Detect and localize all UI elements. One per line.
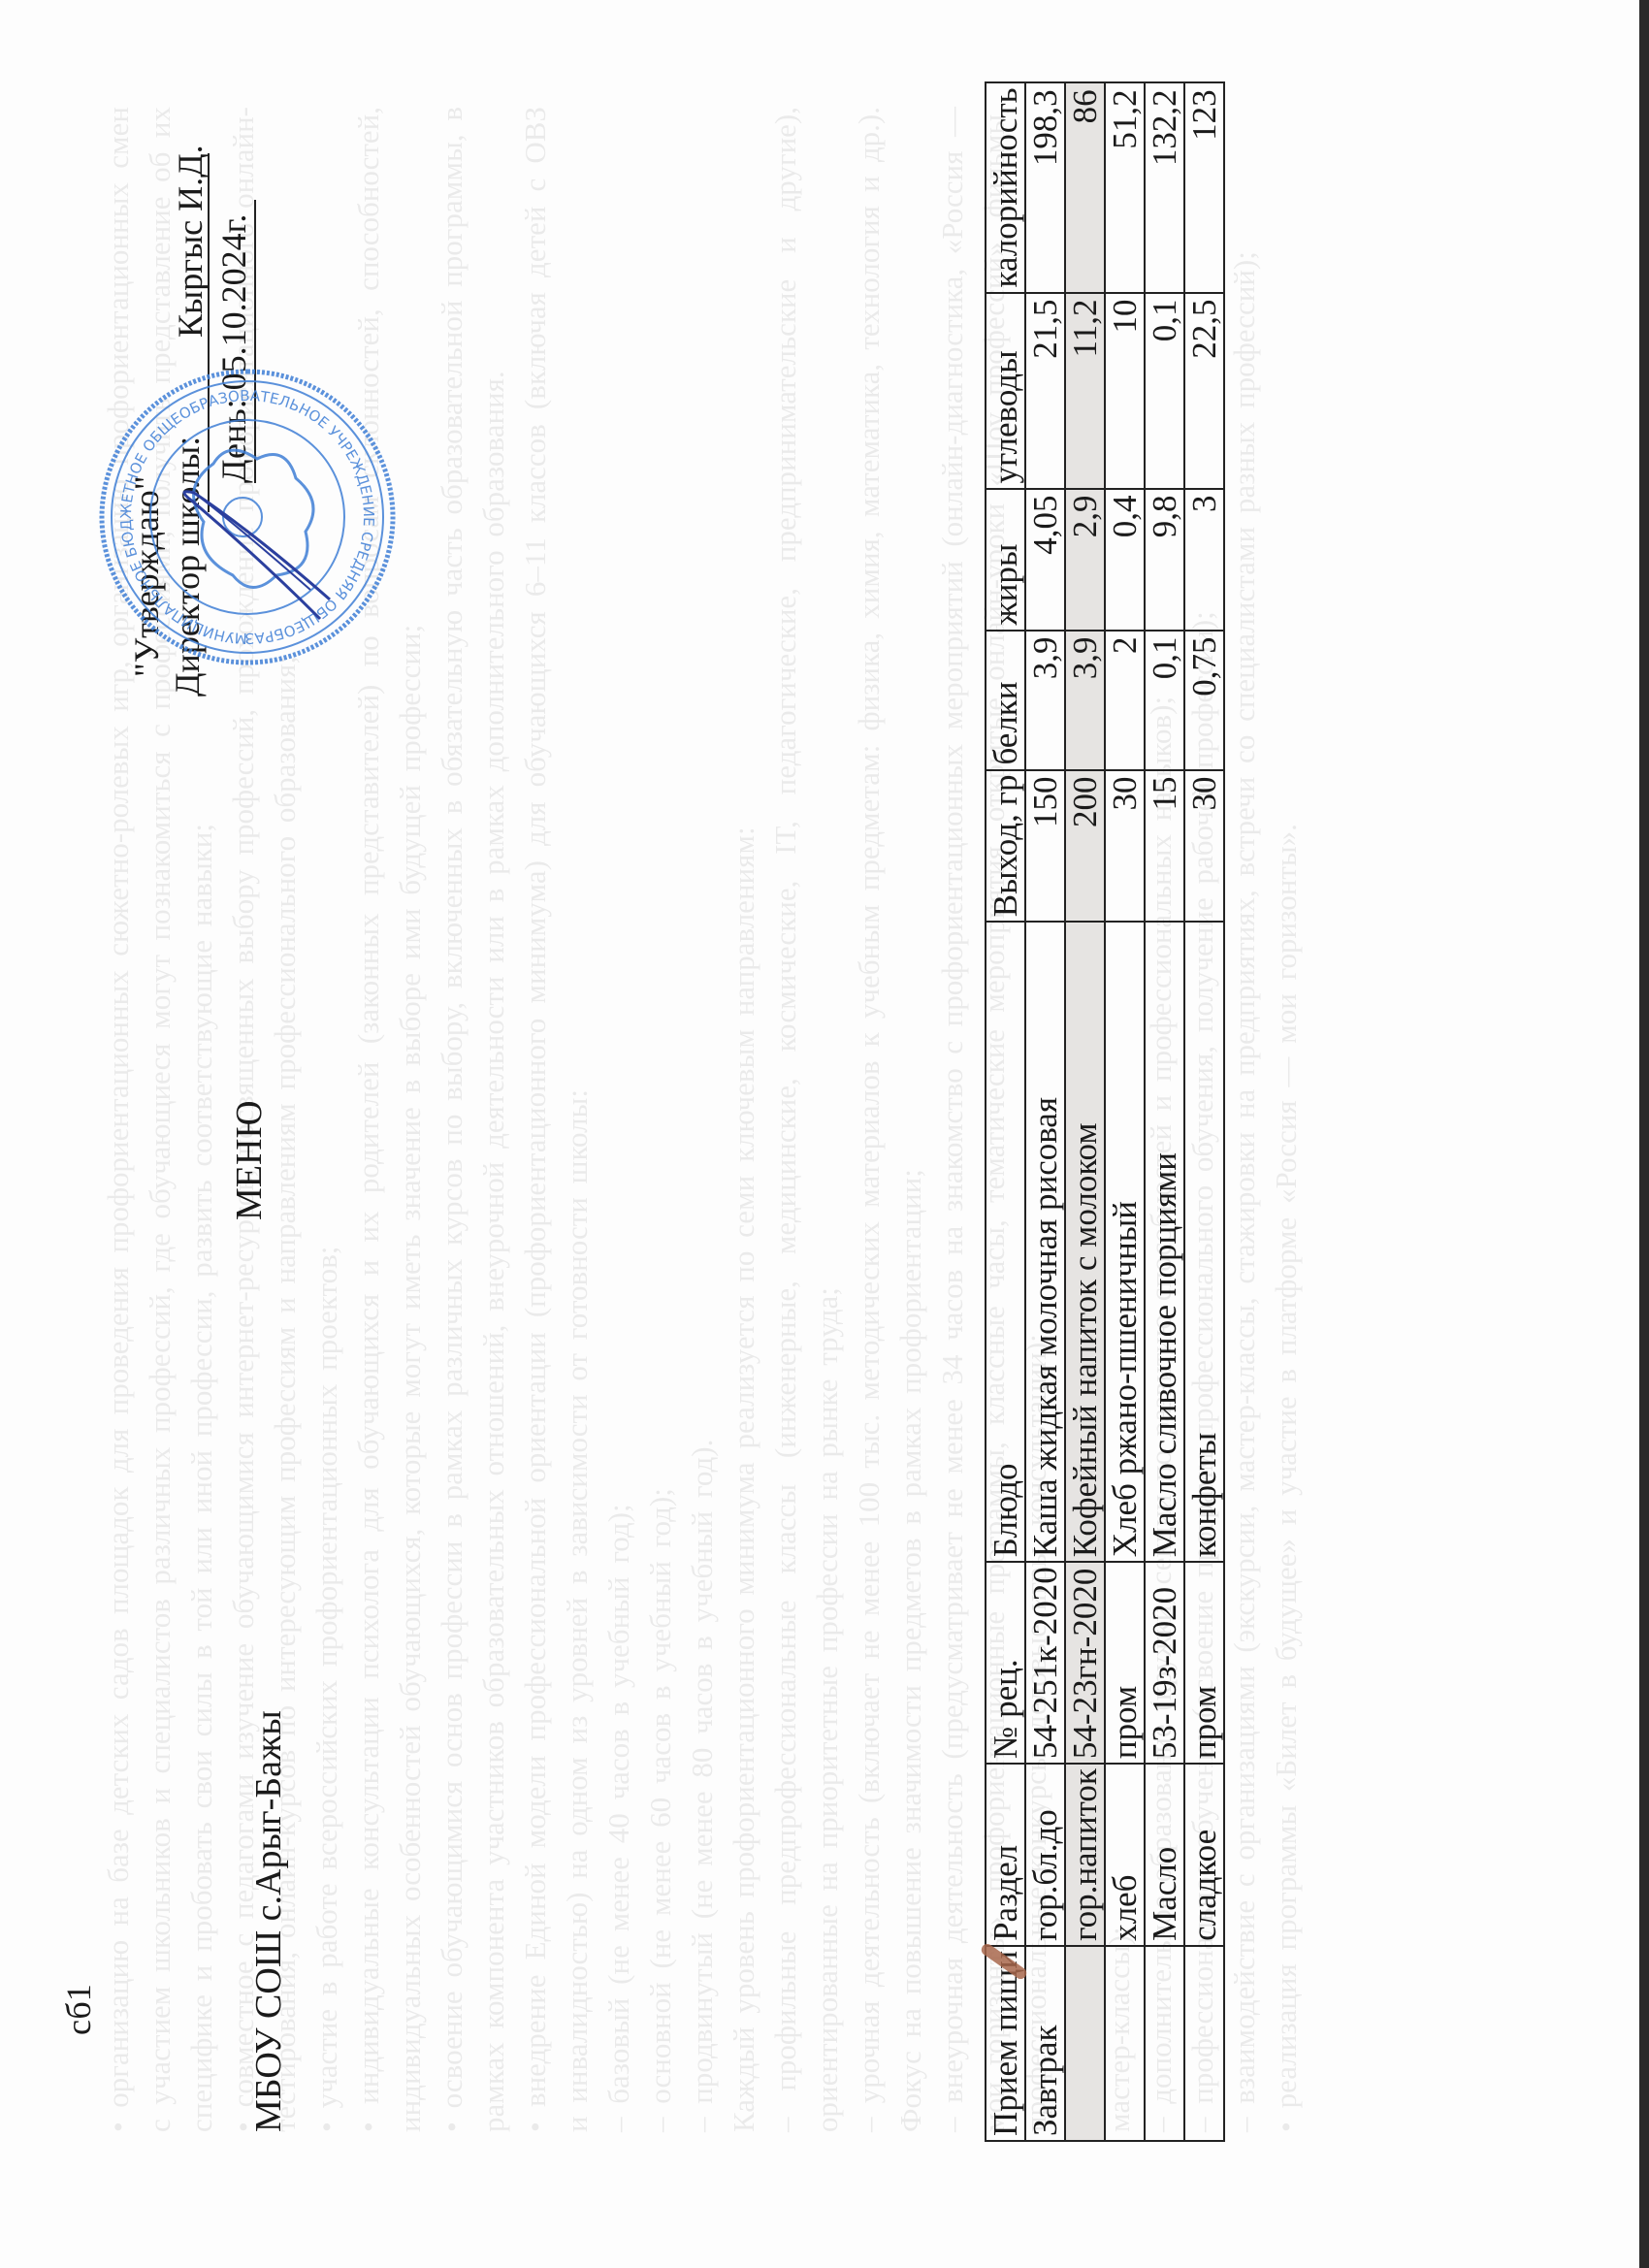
column-header-proteins: белки: [986, 631, 1025, 770]
cell-proteins: 0,1: [1145, 631, 1184, 770]
cell-recipe: пром: [1105, 1562, 1145, 1764]
cell-dish: конфеты: [1184, 922, 1224, 1562]
cell-fats: 2,9: [1065, 489, 1105, 631]
table-row: хлеб пром Хлеб ржано-пшеничный 30 2 0,4 …: [1105, 82, 1145, 2141]
cell-meal: [1065, 1946, 1105, 2141]
scanned-page: • организацию на базе детских садов площ…: [0, 0, 1649, 2268]
cell-dish: Кофейный напиток с молоком: [1065, 922, 1105, 1562]
cell-carbs: 22,5: [1184, 293, 1224, 489]
table-header-row: Прием пищи Раздел № рец. Блюдо Выход, гр…: [986, 82, 1025, 2141]
column-header-calories: калорийность: [986, 82, 1025, 292]
column-header-section: Раздел: [986, 1764, 1025, 1946]
cell-calories: 86: [1065, 82, 1105, 292]
scan-edge: [1639, 0, 1649, 2268]
cell-yield: 200: [1065, 770, 1105, 923]
cell-recipe: 53-19з-2020: [1145, 1562, 1184, 1764]
cell-proteins: 3,9: [1065, 631, 1105, 770]
column-header-fats: жиры: [986, 489, 1025, 631]
column-header-recipe: № рец.: [986, 1562, 1025, 1764]
cell-calories: 198,3: [1025, 82, 1065, 292]
cell-section: гор.бл.до: [1025, 1764, 1065, 1946]
cell-fats: 0,4: [1105, 489, 1145, 631]
official-round-seal-icon: МУНИЦИПАЛЬНОЕ БЮДЖЕТНОЕ ОБЩЕОБРАЗОВАТЕЛЬ…: [87, 357, 407, 677]
cell-calories: 51,2: [1105, 82, 1145, 292]
cell-proteins: 3,9: [1025, 631, 1065, 770]
cell-section: Масло: [1145, 1764, 1184, 1946]
cell-fats: 4,05: [1025, 489, 1065, 631]
cell-yield: 150: [1025, 770, 1065, 923]
cell-carbs: 0,1: [1145, 293, 1184, 489]
cell-section: хлеб: [1105, 1764, 1145, 1946]
table-row: Масло 53-19з-2020 Масло сливочное порция…: [1145, 82, 1184, 2141]
cell-yield: 30: [1105, 770, 1145, 923]
menu-table: Прием пищи Раздел № рец. Блюдо Выход, гр…: [985, 81, 1225, 2142]
cell-proteins: 2: [1105, 631, 1145, 770]
cell-calories: 123: [1184, 82, 1224, 292]
school-name: МБОУ СОШ с.Арыг-Бажы: [247, 1710, 290, 2132]
column-header-dish: Блюдо: [986, 922, 1025, 1562]
cell-calories: 132,2: [1145, 82, 1184, 292]
cell-recipe: пром: [1184, 1562, 1224, 1764]
cell-carbs: 21,5: [1025, 293, 1065, 489]
cell-meal: [1184, 1946, 1224, 2141]
column-header-carbs: углеводы: [986, 293, 1025, 489]
cell-dish: Каша жидкая молочная рисовая: [1025, 922, 1065, 1562]
document-title: МЕНЮ: [228, 1101, 271, 1221]
cell-meal: [1105, 1946, 1145, 2141]
director-name: Кыргыс И.Д.: [170, 145, 210, 338]
cell-carbs: 10: [1105, 293, 1145, 489]
cell-yield: 30: [1184, 770, 1224, 923]
cell-proteins: 0,75: [1184, 631, 1224, 770]
cell-yield: 15: [1145, 770, 1184, 923]
cell-fats: 9,8: [1145, 489, 1184, 631]
table-row: сладкое пром конфеты 30 0,75 3 22,5 123: [1184, 82, 1224, 2141]
table-row: гор.напиток 54-23гн-2020 Кофейный напито…: [1065, 82, 1105, 2141]
cell-recipe: 54-23гн-2020: [1065, 1562, 1105, 1764]
document-code: сб1: [58, 1984, 99, 2035]
cell-section: гор.напиток: [1065, 1764, 1105, 1946]
cell-meal: [1145, 1946, 1184, 2141]
table-row: Завтрак гор.бл.до 54-251к-2020 Каша жидк…: [1025, 82, 1065, 2141]
column-header-yield: Выход, гр: [986, 770, 1025, 923]
cell-meal: Завтрак: [1025, 1946, 1065, 2141]
cell-recipe: 54-251к-2020: [1025, 1562, 1065, 1764]
cell-fats: 3: [1184, 489, 1224, 631]
cell-carbs: 11,2: [1065, 293, 1105, 489]
cell-dish: Хлеб ржано-пшеничный: [1105, 922, 1145, 1562]
cell-dish: Масло сливочное порциями: [1145, 922, 1184, 1562]
cell-section: сладкое: [1184, 1764, 1224, 1946]
